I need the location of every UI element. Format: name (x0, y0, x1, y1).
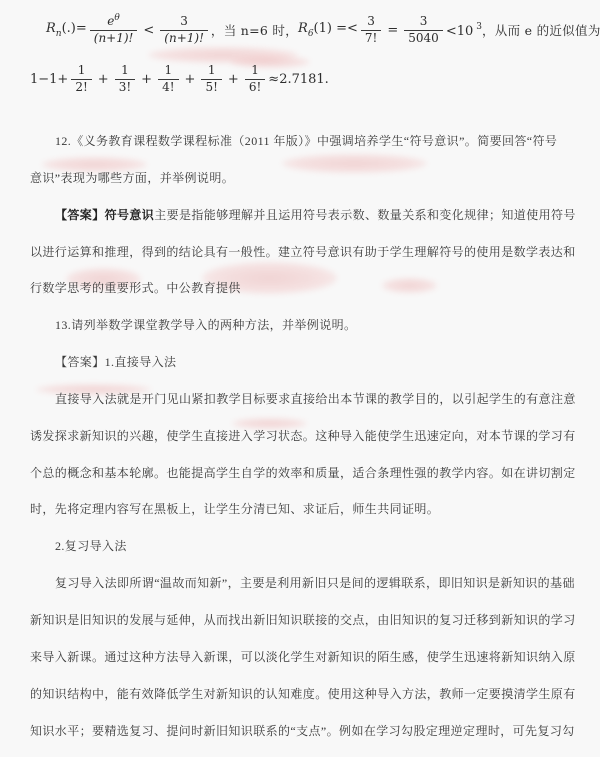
scanned-document-page: Rn(.)= eθ (n+1)! < 3 (n+1)! ，当 n=6 时， R6… (0, 0, 600, 757)
text-segment: 复习导入法即所谓“温故而知新”，主要是利用新旧只是间的逻辑联系，即旧知识是新知识… (55, 576, 575, 590)
series-head: 1−1+ (30, 72, 68, 87)
body-line: 知识水平；要精选复习、提问时新旧知识联系的“支点”。例如在学习勾股定理逆定理时，… (30, 713, 575, 750)
inline-chinese-text: ，从而 e 的近似值为 (482, 21, 600, 39)
body-line: 诱发探求新知识的兴趣，使学生直接进入学习状态。这种导入能使学生迅速定向，对本节课… (30, 418, 575, 455)
plus-sign: + (141, 72, 152, 87)
fraction: 16! (245, 63, 265, 95)
fraction-denominator: 6! (245, 79, 265, 96)
document-body-text: 12.《义务教育课程数学课程标准（2011 年版）》中强调培养学生“符号意识”。… (30, 123, 575, 749)
body-line: 直接导入法就是开门见山紧扣教学目标要求直接给出本节课的教学目的，以引起学生的有意… (30, 381, 575, 418)
text-segment: 13.请列举数学课堂教学导入的两种方法，并举例说明。 (55, 318, 356, 332)
text-segment: 直接导入法就是开门见山紧扣教学目标要求直接给出本节课的教学目的，以引起学生的有意… (55, 392, 575, 406)
text-segment: 意识”表现为哪些方面，并举例说明。 (30, 171, 234, 185)
text-segment: 新知识是旧知识的发展与延伸，从而找出新旧知识联接的交点，由旧知识的复习迁移到新知… (30, 613, 575, 627)
body-line: 复习导入法即所谓“温故而知新”，主要是利用新旧只是间的逻辑联系，即旧知识是新知识… (30, 565, 575, 602)
equals-sign: = (387, 23, 398, 38)
body-line: 【答案】符号意识主要是指能够理解并且运用符号表示数、数量关系和变化规律；知道使用… (30, 197, 575, 234)
fraction-numerator: 1 (74, 63, 90, 79)
body-line: 2.复习导入法 (30, 528, 575, 565)
fraction-denominator: 5040 (404, 30, 443, 47)
body-line: 时，先将定理内容写在黑板上，让学生分清已知、求证后，师生共同证明。 (30, 491, 575, 528)
body-line: 来导入新课。通过这种方法导入新课，可以淡化学生对新知识的陌生感，使学生迅速将新知… (30, 639, 575, 676)
body-line: 个总的概念和基本轮廓。也能提高学生自学的效率和质量，适合条理性强的教学内容。如在… (30, 455, 575, 492)
body-line: 12.《义务教育课程数学课程标准（2011 年版）》中强调培养学生“符号意识”。… (30, 123, 575, 160)
fraction: eθ (n+1)! (90, 13, 138, 46)
body-line: 新知识是旧知识的发展与延伸，从而找出新旧知识联接的交点，由旧知识的复习迁移到新知… (30, 602, 575, 639)
plus-sign: + (185, 72, 196, 87)
text-segment: 时，先将定理内容写在黑板上，让学生分清已知、求证后，师生共同证明。 (30, 502, 439, 516)
fraction-numerator: eθ (103, 13, 124, 30)
fraction-denominator: (n+1)! (160, 30, 208, 47)
body-line: 行数学思考的重要形式。中公教育提供 (30, 270, 575, 307)
body-line: 意识”表现为哪些方面，并举例说明。 (30, 160, 575, 197)
power-of-ten: <103 (446, 22, 482, 39)
fraction-numerator: 3 (363, 14, 379, 30)
fraction-denominator: 3! (115, 79, 135, 96)
less-than-sign: < (143, 23, 154, 38)
plus-sign: + (98, 72, 109, 87)
fraction: 12! (71, 63, 91, 95)
fraction-numerator: 1 (247, 63, 263, 79)
text-segment: 主要是指能够理解并且运用符号表示数、数量关系和变化规律；知道使用符号可 (154, 208, 575, 222)
remainder-estimate-formula: Rn(.)= eθ (n+1)! < 3 (n+1)! ，当 n=6 时， R6… (46, 6, 600, 54)
text-segment: 以进行运算和推理，得到的结论具有一般性。建立符号意识有助于学生理解符号的使用是数… (30, 245, 575, 259)
text-segment: 个总的概念和基本轮廓。也能提高学生自学的效率和质量，适合条理性强的教学内容。如在… (30, 466, 575, 480)
body-line: 的知识结构中，能有效降低学生对新知识的认知难度。使用这种导入方法，教师一定要摸清… (30, 676, 575, 713)
fraction-numerator: 1 (160, 63, 176, 79)
text-segment: 12.《义务教育课程数学课程标准（2011 年版）》中强调培养学生“符号意识”。… (55, 134, 557, 148)
fraction-denominator: 4! (158, 79, 178, 96)
plus-sign: + (228, 72, 239, 87)
fraction: 3 (n+1)! (160, 14, 208, 46)
fraction-numerator: 1 (204, 63, 220, 79)
series-approximation-formula: 1−1+12!+13!+14!+15!+16!≈2.7181. (30, 55, 329, 103)
series-result: ≈2.7181. (268, 72, 329, 87)
body-line: 【答案】1.直接导入法 (30, 344, 575, 381)
text-segment: 的知识结构中，能有效降低学生对新知识的认知难度。使用这种导入方法，教师一定要摸清… (30, 687, 575, 701)
text-segment: 行数学思考的重要形式。中公教育提供 (30, 281, 241, 295)
text-segment: 知识水平；要精选复习、提问时新旧知识联系的“支点”。例如在学习勾股定理逆定理时，… (30, 724, 575, 738)
fraction-numerator: 1 (117, 63, 133, 79)
fraction-denominator: (n+1)! (90, 30, 138, 47)
fraction-denominator: 5! (201, 79, 221, 96)
math-symbol: R6(1) =< (298, 21, 358, 39)
answer-label-bold: 【答案】符号意识 (55, 208, 154, 222)
inline-chinese-text: ，当 n=6 时， (211, 21, 298, 39)
math-symbol: Rn(.)= (46, 21, 87, 39)
text-segment: 诱发探求新知识的兴趣，使学生直接进入学习状态。这种导入能使学生迅速定向，对本节课… (30, 429, 575, 443)
body-line: 13.请列举数学课堂教学导入的两种方法，并举例说明。 (30, 307, 575, 344)
text-segment: 2.复习导入法 (55, 539, 127, 553)
fraction-numerator: 3 (416, 14, 432, 30)
text-segment: 来导入新课。通过这种方法导入新课，可以淡化学生对新知识的陌生感，使学生迅速将新知… (30, 650, 575, 664)
fraction: 3 7! (361, 14, 381, 46)
fraction-denominator: 2! (71, 79, 91, 96)
fraction-numerator: 3 (176, 14, 192, 30)
fraction: 3 5040 (404, 14, 443, 46)
body-line: 以进行运算和推理，得到的结论具有一般性。建立符号意识有助于学生理解符号的使用是数… (30, 234, 575, 271)
text-segment: 【答案】1.直接导入法 (55, 355, 176, 369)
fraction: 15! (201, 63, 221, 95)
fraction: 13! (115, 63, 135, 95)
fraction-denominator: 7! (361, 30, 381, 47)
fraction: 14! (158, 63, 178, 95)
